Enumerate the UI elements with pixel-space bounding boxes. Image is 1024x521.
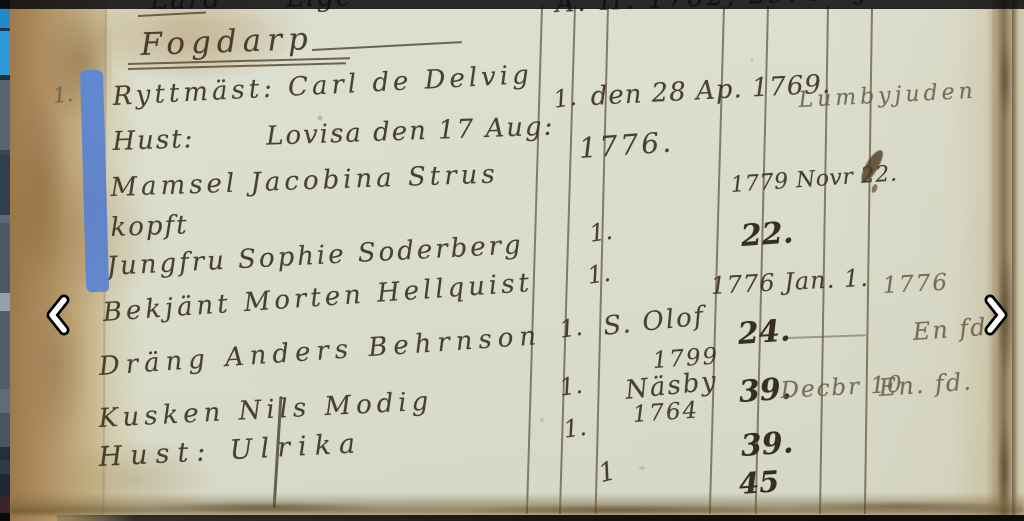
sliver-segment — [0, 8, 10, 28]
sliver-segment — [0, 215, 10, 223]
row2-year: 1776. — [578, 128, 675, 163]
next-page-edge-sliver — [1012, 0, 1024, 521]
sliver-segment — [0, 80, 10, 150]
sidebar-sliver — [0, 0, 10, 521]
sliver-segment — [0, 447, 10, 460]
row5-year2: 1776 — [882, 272, 950, 298]
row4-mark: 1. — [588, 219, 614, 246]
row7-mark: 1. — [558, 373, 584, 400]
sliver-segment — [0, 293, 10, 311]
sliver-segment — [0, 413, 10, 447]
top-letterbox-bar — [0, 0, 1024, 9]
page-bottom-smudge — [10, 493, 1024, 517]
place-heading: Fogdarp — [140, 24, 314, 61]
row9-num1: 39. — [740, 428, 794, 462]
margin-number: 1. — [52, 84, 74, 107]
row8-mark: 1. — [562, 415, 588, 442]
sliver-segment — [0, 497, 10, 513]
row4-name: kopft — [110, 212, 189, 241]
row6-mark: 1. — [558, 315, 584, 342]
row7-note: En. fd. — [878, 369, 974, 400]
bottom-letterbox-bar — [57, 515, 1024, 521]
sliver-segment — [0, 31, 10, 75]
row1-mark: 1. — [552, 85, 578, 112]
archive-viewer: Lård LigeA. H. 1782, 29. Maj 13Fogdarp1.… — [0, 0, 1024, 521]
row5-mark: 1. — [586, 261, 612, 288]
next-page-button[interactable] — [982, 294, 1010, 336]
sliver-segment — [0, 155, 10, 215]
row7-year: 1764 — [632, 399, 700, 427]
sliver-segment — [0, 460, 10, 474]
document-scan[interactable]: Lård LigeA. H. 1782, 29. Maj 13Fogdarp1.… — [10, 0, 1024, 521]
sliver-segment — [0, 311, 10, 389]
sliver-segment — [0, 223, 10, 293]
previous-page-button[interactable] — [44, 294, 72, 336]
chevron-right-icon — [982, 294, 1010, 336]
row6-num: 24. — [737, 316, 791, 350]
sliver-segment — [0, 513, 10, 521]
chevron-left-icon — [44, 294, 72, 336]
sliver-segment — [0, 474, 10, 497]
row4-num: 22. — [740, 218, 794, 252]
sliver-segment — [0, 389, 10, 413]
